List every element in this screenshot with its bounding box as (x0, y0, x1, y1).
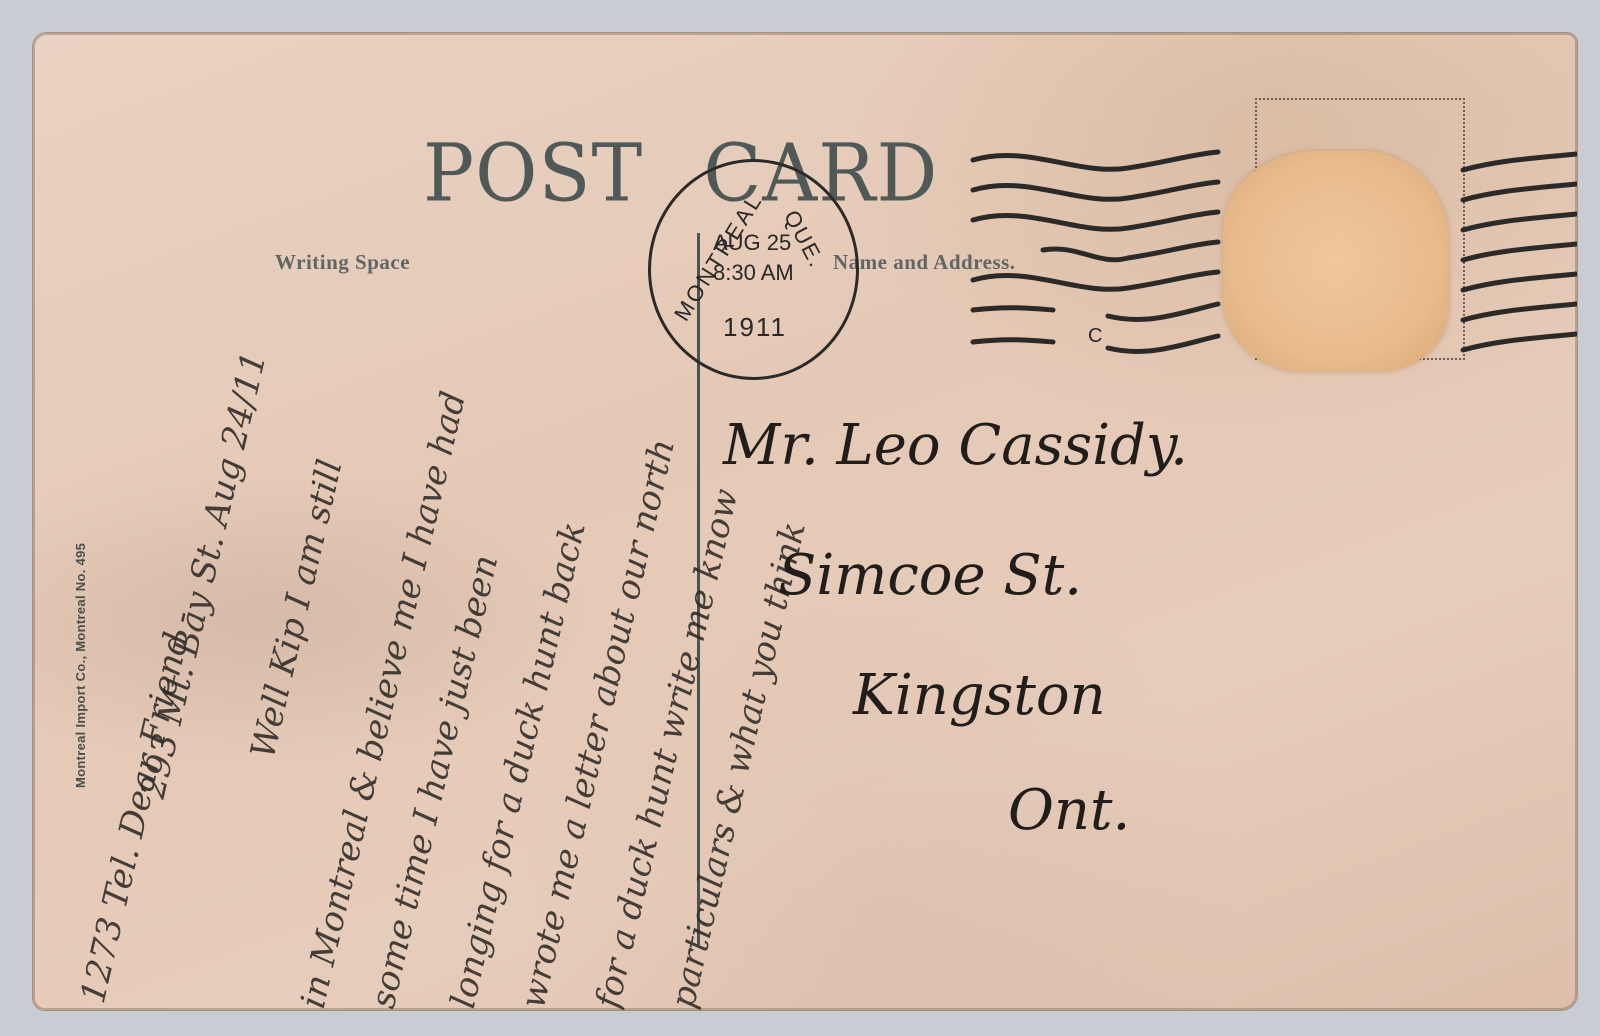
torn-stamp-residue (1223, 151, 1448, 371)
address-city: Kingston (853, 663, 1106, 728)
writing-space-label: Writing Space (275, 250, 410, 275)
postmark-date: AUG 25 (713, 230, 791, 256)
address-name: Mr. Leo Cassidy. (723, 413, 1188, 478)
postmark-year: 1911 (723, 312, 787, 343)
message-line: Well Kip I am still (243, 456, 351, 762)
title-post: POST (423, 126, 643, 219)
address-street: Simcoe St. (778, 543, 1082, 608)
postmark-city: MONTREAL (669, 188, 769, 326)
postmark: MONTREAL QUE. AUG 25 8:30 AM 1911 (648, 159, 859, 380)
cancel-letter: C (1088, 325, 1102, 348)
printer-mark: Montreal Import Co., Montreal No. 495 (73, 543, 88, 788)
wavy-cancel-right-icon (1458, 148, 1577, 378)
address-province: Ont. (1008, 778, 1130, 843)
postmark-time: 8:30 AM (713, 260, 794, 286)
postcard-back: POSTCARD Writing Space Name and Address.… (33, 33, 1577, 1010)
